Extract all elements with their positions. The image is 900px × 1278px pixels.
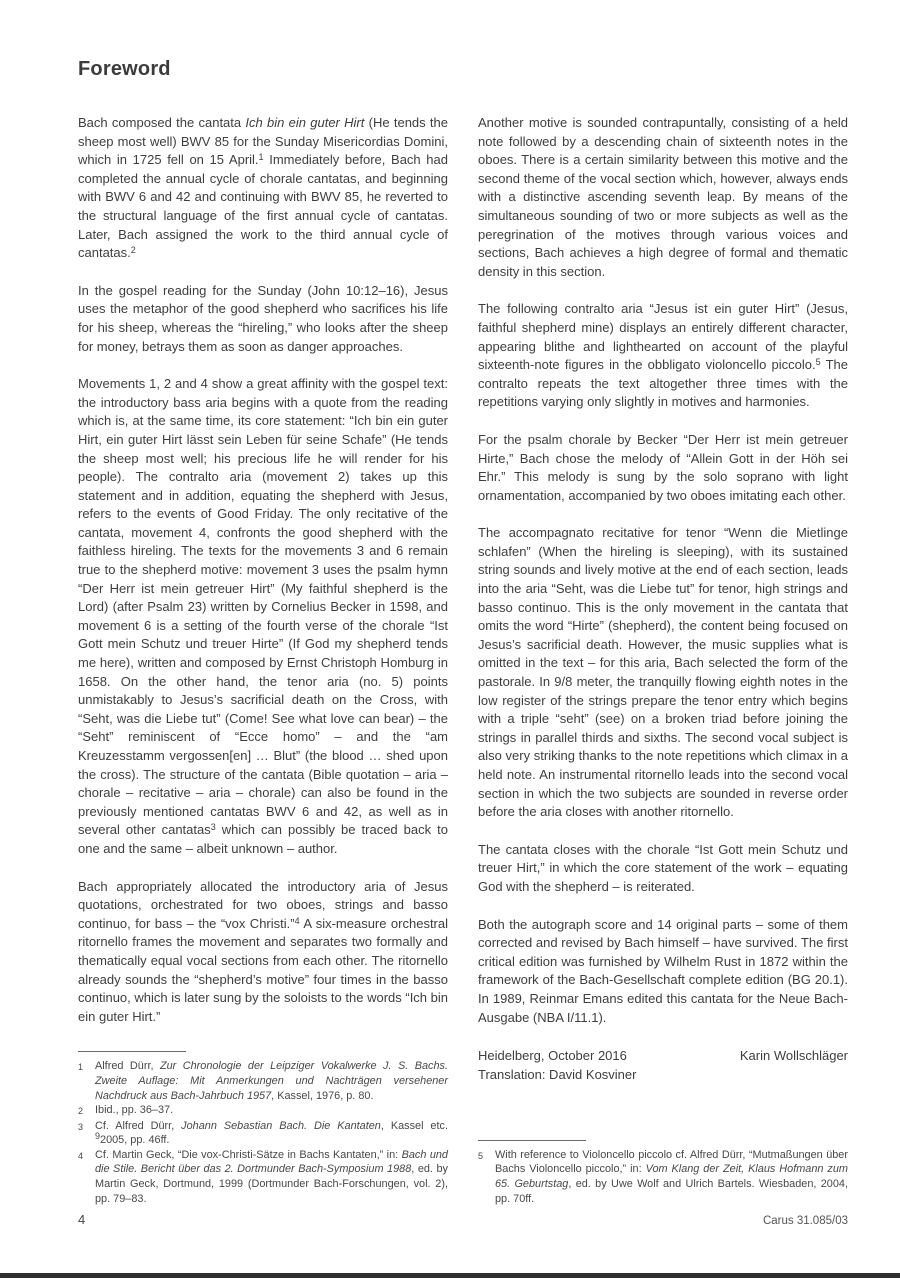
footnote-list: 1Alfred Dürr, Zur Chronologie der Leipzi… <box>78 1059 448 1206</box>
footnote-number: 2 <box>78 1103 95 1119</box>
footnote-number: 1 <box>78 1059 95 1103</box>
footnote: 3Cf. Alfred Dürr, Johann Sebastian Bach.… <box>78 1119 448 1148</box>
page-footer: 4 Carus 31.085/03 <box>78 1212 848 1227</box>
signoff-translation: Translation: David Kosviner <box>478 1065 848 1084</box>
paragraph: In the gospel reading for the Sunday (Jo… <box>78 282 448 356</box>
paragraph: Movements 1, 2 and 4 show a great affini… <box>78 375 448 858</box>
footnote-text: With reference to Violoncello piccolo cf… <box>495 1148 848 1206</box>
paragraph: For the psalm chorale by Becker “Der Her… <box>478 431 848 505</box>
footnote-number: 5 <box>478 1148 495 1206</box>
footnote-number: 4 <box>78 1148 95 1206</box>
footnote: 4Cf. Martin Geck, “Die vox-Christi-Sätze… <box>78 1148 448 1206</box>
right-footnote-block: 5With reference to Violoncello piccolo c… <box>478 1134 848 1206</box>
page-number: 4 <box>78 1212 85 1227</box>
document-page: Foreword Bach composed the cantata Ich b… <box>0 0 900 1278</box>
left-footnote-block: 1Alfred Dürr, Zur Chronologie der Leipzi… <box>78 1045 448 1206</box>
left-column: Bach composed the cantata Ich bin ein gu… <box>78 114 448 1206</box>
right-column: Another motive is sounded contrapuntally… <box>478 114 848 1206</box>
footnote: 1Alfred Dürr, Zur Chronologie der Leipzi… <box>78 1059 448 1103</box>
signoff-place-date: Heidelberg, October 2016 <box>478 1046 627 1065</box>
footnote-list: 5With reference to Violoncello piccolo c… <box>478 1148 848 1206</box>
paragraph: Bach appropriately allocated the introdu… <box>78 878 448 1027</box>
left-column-paragraphs: Bach composed the cantata Ich bin ein gu… <box>78 114 448 1045</box>
edition-number: Carus 31.085/03 <box>763 1215 848 1227</box>
signoff-author: Karin Wollschläger <box>740 1046 848 1065</box>
footnote: 5With reference to Violoncello piccolo c… <box>478 1148 848 1206</box>
footnote: 2Ibid., pp. 36–37. <box>78 1103 448 1119</box>
paragraph: The accompagnato recitative for tenor “W… <box>478 524 848 822</box>
footnote-text: Cf. Alfred Dürr, Johann Sebastian Bach. … <box>95 1119 448 1148</box>
scan-edge-artifact <box>0 1273 900 1278</box>
footnote-separator-rule <box>478 1140 586 1141</box>
signoff-block: Heidelberg, October 2016 Karin Wollschlä… <box>478 1046 848 1084</box>
footnote-number: 3 <box>78 1119 95 1148</box>
paragraph: The following contralto aria “Jesus ist … <box>478 300 848 412</box>
footnote-separator-rule <box>78 1051 186 1052</box>
paragraph: Another motive is sounded contrapuntally… <box>478 114 848 281</box>
two-column-layout: Bach composed the cantata Ich bin ein gu… <box>78 114 848 1206</box>
page-title: Foreword <box>78 56 848 82</box>
footnote-text: Ibid., pp. 36–37. <box>95 1103 448 1119</box>
footnote-text: Cf. Martin Geck, “Die vox-Christi-Sätze … <box>95 1148 448 1206</box>
paragraph: The cantata closes with the chorale “Ist… <box>478 841 848 897</box>
footnote-text: Alfred Dürr, Zur Chronologie der Leipzig… <box>95 1059 448 1103</box>
right-column-paragraphs: Another motive is sounded contrapuntally… <box>478 114 848 1046</box>
paragraph: Both the autograph score and 14 original… <box>478 916 848 1028</box>
paragraph: Bach composed the cantata Ich bin ein gu… <box>78 114 448 263</box>
signoff-row: Heidelberg, October 2016 Karin Wollschlä… <box>478 1046 848 1065</box>
